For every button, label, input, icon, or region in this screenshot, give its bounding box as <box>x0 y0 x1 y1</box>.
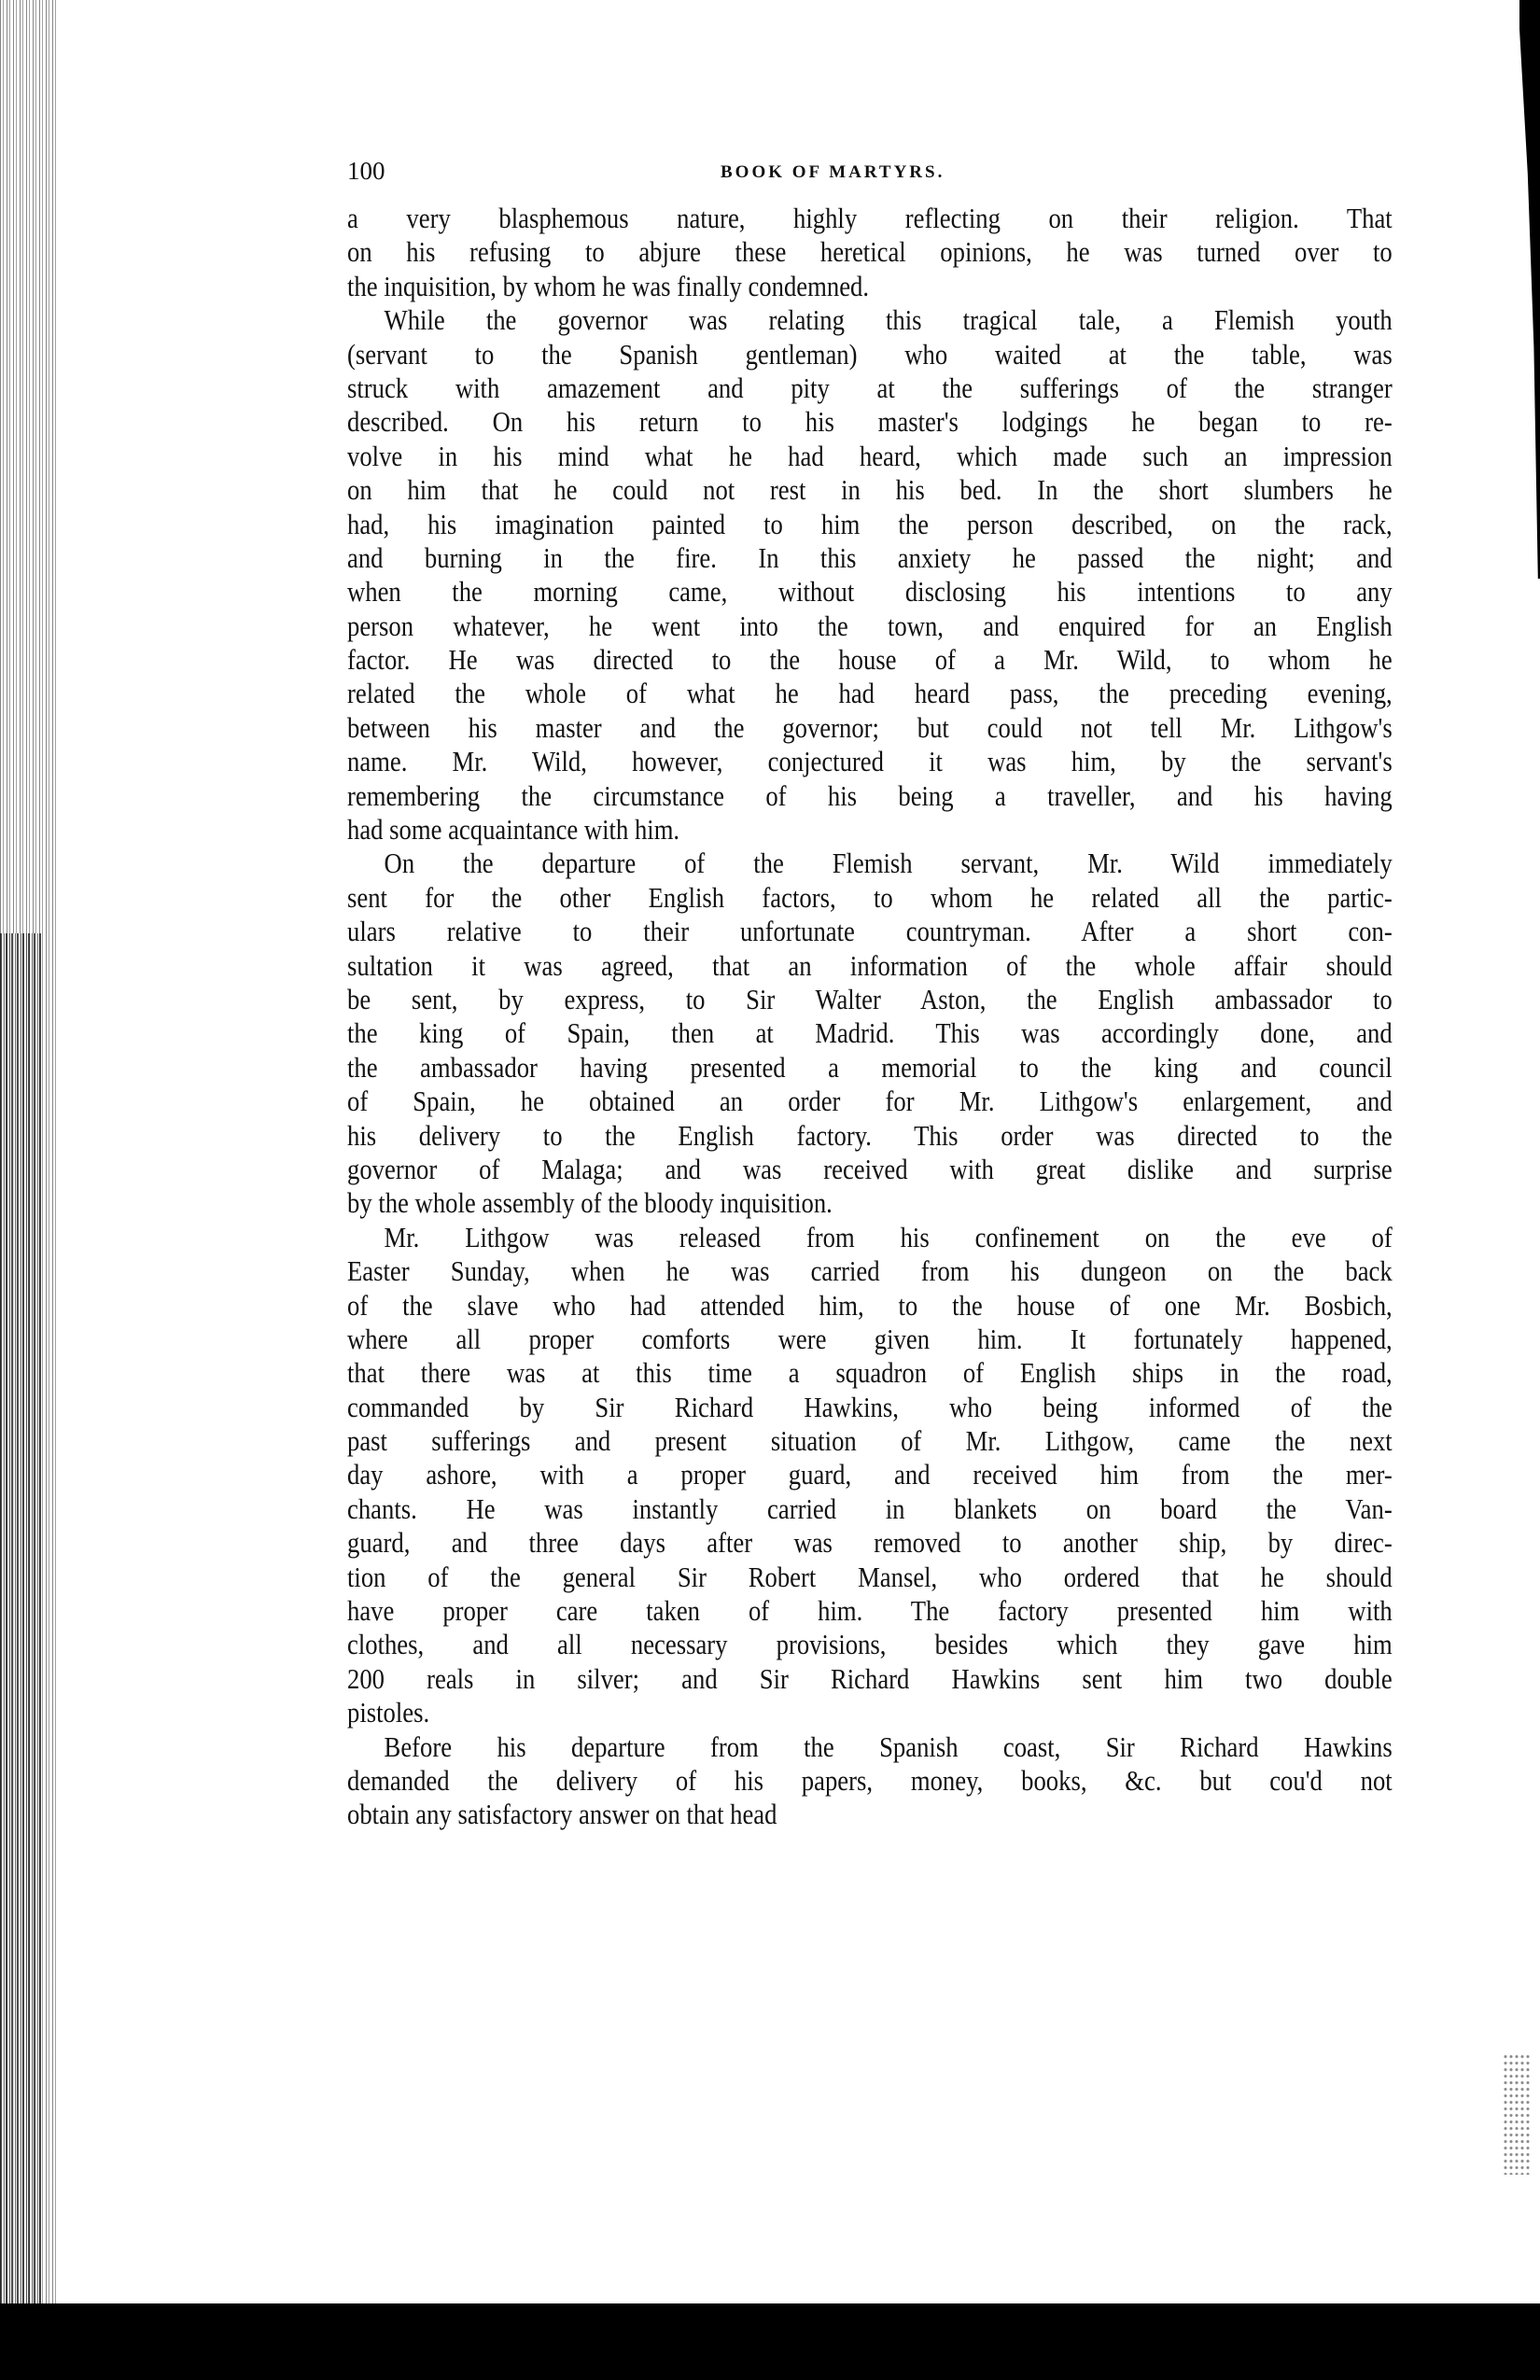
text-line: of Spain, he obtained an order for Mr. L… <box>347 1085 1393 1118</box>
text-line: tion of the general Sir Robert Mansel, w… <box>347 1561 1393 1594</box>
text-line: when the morning came, without disclosin… <box>347 575 1393 609</box>
text-line: have proper care taken of him. The facto… <box>347 1594 1393 1628</box>
scan-noise-right <box>1503 2053 1531 2175</box>
text-line: related the whole of what he had heard p… <box>347 677 1393 710</box>
scan-edge-bottom <box>0 2303 1540 2380</box>
text-line: governor of Malaga; and was received wit… <box>347 1153 1393 1186</box>
paragraph: Mr. Lithgow was released from his confin… <box>347 1221 1393 1730</box>
text-line: struck with amazement and pity at the su… <box>347 371 1393 405</box>
running-title: BOOK OF MARTYRS. <box>721 162 945 183</box>
text-line: remembering the circumstance of his bein… <box>347 779 1393 813</box>
text-line: While the governor was relating this tra… <box>347 303 1393 337</box>
text-line: where all proper comforts were given him… <box>347 1323 1393 1356</box>
paragraph: a very blasphemous nature, highly reflec… <box>347 202 1393 303</box>
text-line: factor. He was directed to the house of … <box>347 643 1393 677</box>
text-line: guard, and three days after was removed … <box>347 1526 1393 1560</box>
book-page: 100 BOOK OF MARTYRS. a very blasphemous … <box>347 149 1393 1832</box>
paragraph: While the governor was relating this tra… <box>347 303 1393 847</box>
text-line: described. On his return to his master's… <box>347 405 1393 439</box>
text-line: person whatever, he went into the town, … <box>347 609 1393 643</box>
text-line: by the whole assembly of the bloody inqu… <box>347 1186 1393 1220</box>
text-line: of the slave who had attended him, to th… <box>347 1289 1393 1323</box>
text-line: Before his departure from the Spanish co… <box>347 1730 1393 1764</box>
text-line: that there was at this time a squadron o… <box>347 1356 1393 1390</box>
text-line: past sufferings and present situation of… <box>347 1424 1393 1458</box>
paragraph: On the departure of the Flemish servant,… <box>347 847 1393 1220</box>
text-line: his delivery to the English factory. Thi… <box>347 1119 1393 1153</box>
page-number: 100 <box>347 157 385 186</box>
text-line: be sent, by express, to Sir Walter Aston… <box>347 983 1393 1016</box>
scan-edge-right <box>1519 0 1540 579</box>
text-line: the inquisition, by whom he was finally … <box>347 270 1393 303</box>
text-line: day ashore, with a proper guard, and rec… <box>347 1458 1393 1491</box>
text-line: clothes, and all necessary provisions, b… <box>347 1628 1393 1661</box>
text-line: a very blasphemous nature, highly reflec… <box>347 202 1393 235</box>
text-line: sultation it was agreed, that an informa… <box>347 949 1393 983</box>
text-line: 200 reals in silver; and Sir Richard Haw… <box>347 1662 1393 1696</box>
text-line: commanded by Sir Richard Hawkins, who be… <box>347 1391 1393 1424</box>
text-line: sent for the other English factors, to w… <box>347 881 1393 915</box>
text-line: obtain any satisfactory answer on that h… <box>347 1798 1393 1831</box>
text-line: pistoles. <box>347 1696 1393 1729</box>
text-line: Mr. Lithgow was released from his confin… <box>347 1221 1393 1254</box>
text-line: On the departure of the Flemish servant,… <box>347 847 1393 880</box>
text-line: between his master and the governor; but… <box>347 711 1393 745</box>
running-head: 100 BOOK OF MARTYRS. <box>347 149 1393 196</box>
text-line: had some acquaintance with him. <box>347 813 1393 847</box>
scan-binding-shadow-left <box>0 933 42 2305</box>
text-line: had, his imagination painted to him the … <box>347 508 1393 541</box>
text-line: volve in his mind what he had heard, whi… <box>347 440 1393 473</box>
text-line: the king of Spain, then at Madrid. This … <box>347 1016 1393 1050</box>
paragraph: Before his departure from the Spanish co… <box>347 1730 1393 1832</box>
text-line: Easter Sunday, when he was carried from … <box>347 1254 1393 1288</box>
text-line: on him that he could not rest in his bed… <box>347 473 1393 507</box>
text-line: name. Mr. Wild, however, conjectured it … <box>347 745 1393 778</box>
text-line: and burning in the fire. In this anxiety… <box>347 541 1393 575</box>
body-text: a very blasphemous nature, highly reflec… <box>347 202 1393 1832</box>
text-line: on his refusing to abjure these heretica… <box>347 235 1393 269</box>
text-line: (servant to the Spanish gentleman) who w… <box>347 338 1393 371</box>
text-line: ulars relative to their unfortunate coun… <box>347 915 1393 948</box>
text-line: chants. He was instantly carried in blan… <box>347 1492 1393 1526</box>
text-line: demanded the delivery of his papers, mon… <box>347 1764 1393 1798</box>
text-line: the ambassador having presented a memori… <box>347 1051 1393 1085</box>
